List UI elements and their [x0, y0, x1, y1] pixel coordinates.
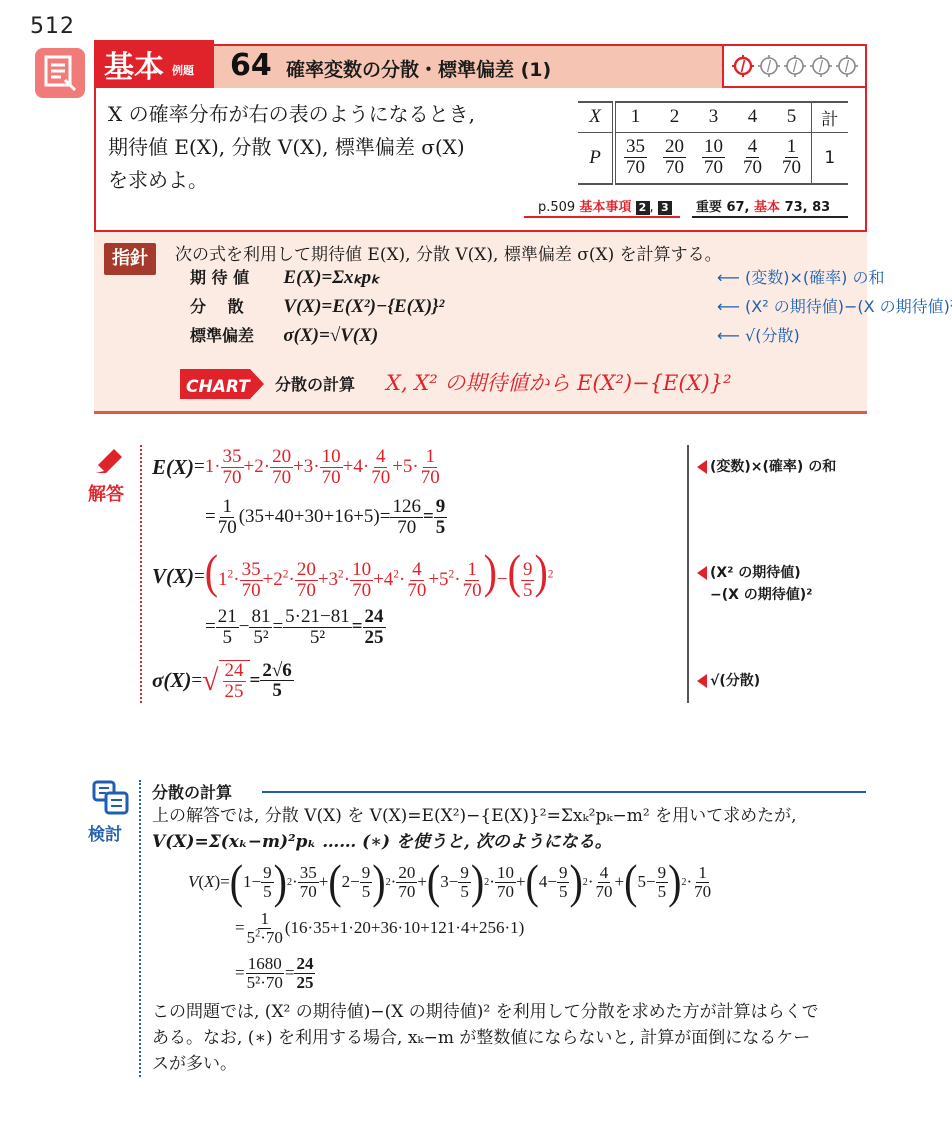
title-band: 64 確率変数の分散・標準偏差 (1) [214, 46, 722, 88]
table-cell: 170 [772, 132, 812, 184]
review-documents-icon [92, 780, 130, 820]
review-heading: 分散の計算 [152, 780, 232, 803]
svg-text:CHART: CHART [186, 377, 251, 397]
table-cell: 1 [614, 102, 655, 132]
review-line-2: V(X)=Σ(xₖ−m)²pₖ …… (∗) を使うと, 次のようになる。 [152, 829, 612, 855]
variance-line-2: = 215 − 815² = 5·21−815² = 2425 [205, 607, 386, 648]
problem-number: 64 [230, 48, 272, 83]
compass-icon [757, 54, 781, 78]
std-dev-line: σ(X) = √ 2425 = 2√65 [152, 660, 294, 702]
table-cell: 1070 [694, 132, 733, 184]
hint-row-expectation: 期 待 値 E(X)=Σxₖpₖ ⟵ (変数)×(確率) の和 [190, 264, 379, 292]
expectation-line-2: = 170 (35+40+30+16+5)= 12670 = 95 [205, 497, 447, 538]
total-cell: 1 [812, 132, 848, 184]
references: p.509 基本事項 2, 3 重要 67, 基本 73, 83 [524, 196, 848, 215]
review-label: 検討 [88, 820, 122, 845]
table-row-p: P 3570 2070 1070 470 170 1 [578, 132, 848, 184]
problem-line: を求めよ。 [108, 164, 475, 197]
compass-icon [809, 54, 833, 78]
review-calc-line-1: V(X)=(1−95)2·3570+(2−95)2·2070+(3−95)2·1… [188, 862, 713, 902]
document-search-icon [35, 48, 85, 98]
page-number: 512 [30, 14, 75, 39]
problem-line: X の確率分布が右の表のようになるとき, [108, 98, 475, 131]
category-tab: 基本 例題 [94, 40, 214, 88]
side-note-std-dev: √(分散) [697, 670, 760, 692]
category-sub-label: 例題 [172, 62, 194, 78]
compass-icon [835, 54, 859, 78]
heading-rule [262, 791, 866, 793]
compass-icon-filled [731, 54, 755, 78]
review-divider [139, 780, 141, 1077]
variance-line-1: V(X) = (12·3570+22·2070+32·1070+42·470+5… [152, 552, 553, 601]
row-header: P [578, 132, 614, 184]
review-conclusion-line: ある。なお, (∗) を利用する場合, xₖ−m が整数値にならないと, 計算が… [152, 1025, 810, 1051]
chart-topic: 分散の計算 [275, 372, 355, 395]
side-note-expectation: (変数)×(確率) の和 [697, 456, 836, 478]
hint-intro: 次の式を利用して期待値 E(X), 分散 V(X), 標準偏差 σ(X) を計算… [175, 240, 722, 265]
solution-label: 解答 [88, 480, 124, 506]
pointer-triangle-icon [697, 674, 707, 688]
hint-row-variance: 分 散 V(X)=E(X²)−{E(X)}² ⟵ (X² の期待値)−(X の期… [190, 293, 444, 321]
expectation-line-1: E(X) = 1·3570+2·2070+3·1070+4·470+5·170 [152, 447, 442, 488]
table-cell: 4 [733, 102, 772, 132]
probability-distribution-table: X 1 2 3 4 5 計 P 3570 2070 1070 470 170 1 [578, 101, 848, 185]
table-cell: 3570 [614, 132, 655, 184]
problem-title: 確率変数の分散・標準偏差 (1) [286, 55, 551, 82]
total-header: 計 [812, 102, 848, 132]
row-header: X [578, 102, 614, 132]
reference-link-basic-items[interactable]: p.509 基本事項 2, 3 [524, 200, 680, 218]
review-calc-line-3: =16805²·70=2425 [235, 955, 315, 992]
compass-icon [783, 54, 807, 78]
table-cell: 3 [694, 102, 733, 132]
problem-line: 期待値 E(X), 分散 V(X), 標準偏差 σ(X) [108, 131, 475, 164]
review-line-1: 上の解答では, 分散 V(X) を V(X)=E(X²)−{E(X)}²=Σxₖ… [152, 803, 797, 829]
chart-badge: CHART [178, 367, 266, 401]
chart-key-point: X, X² の期待値から E(X²)−{E(X)}² [386, 367, 732, 397]
table-cell: 2070 [655, 132, 694, 184]
problem-statement: X の確率分布が右の表のようになるとき, 期待値 E(X), 分散 V(X), … [108, 98, 475, 197]
category-label: 基本 [104, 42, 164, 86]
reference-link-related[interactable]: 重要 67, 基本 73, 83 [692, 200, 848, 218]
review-conclusion-line: スが多い。 [152, 1051, 237, 1077]
review-calc-line-2: =152·70(16·35+1·20+36·10+121·4+256·1) [235, 910, 524, 947]
hint-badge: 指針 [104, 243, 156, 275]
table-cell: 2 [655, 102, 694, 132]
pencil-icon [92, 447, 126, 481]
pointer-triangle-icon [697, 460, 707, 474]
table-cell: 5 [772, 102, 812, 132]
table-cell: 470 [733, 132, 772, 184]
notes-divider [687, 445, 689, 703]
hint-row-std-dev: 標準偏差 σ(X)=√V(X) ⟵ √(分散) [190, 322, 378, 350]
solution-divider [140, 445, 142, 703]
side-note-variance: (X² の期待値)−(X の期待値)² [697, 562, 812, 606]
difficulty-rating [722, 46, 865, 88]
review-conclusion-line: この問題では, (X² の期待値)−(X の期待値)² を利用して分散を求めた方… [152, 999, 819, 1025]
pointer-triangle-icon [697, 566, 707, 580]
table-row-x: X 1 2 3 4 5 計 [578, 102, 848, 132]
